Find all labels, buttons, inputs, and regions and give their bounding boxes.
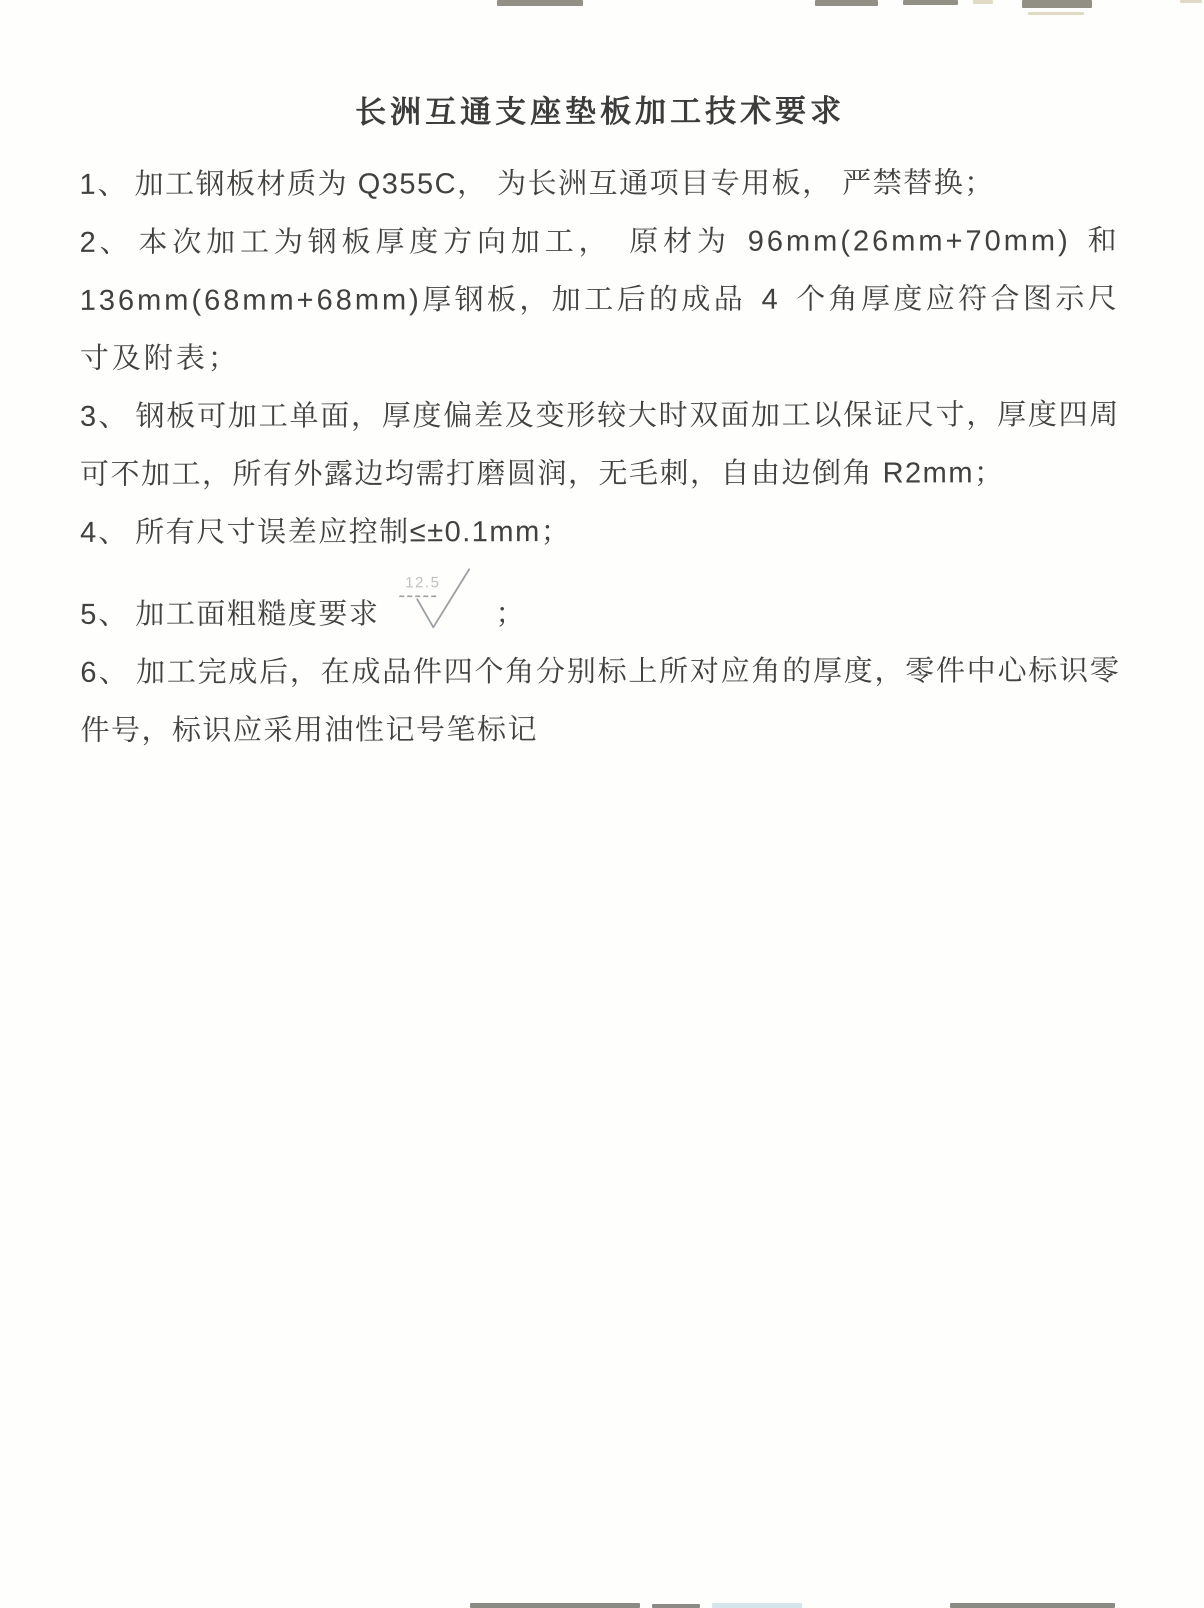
item-number: 3、 [80, 401, 130, 433]
requirement-item-1: 1、加工钢板材质为 Q355C， 为长洲互通项目专用板， 严禁替换； [79, 154, 1119, 214]
requirement-item-3: 3、钢板可加工单面，厚度偏差及变形较大时双面加工以保证尺寸，厚度四周可不加工，所… [80, 386, 1120, 504]
item-text: 加工面粗糙度要求 [135, 598, 379, 630]
scan-artifact [470, 1603, 640, 1608]
item-number: 2、 [80, 227, 133, 259]
scan-artifact [712, 1603, 802, 1608]
item-number: 4、 [80, 517, 129, 549]
surface-roughness-symbol: 12.5 [393, 593, 489, 623]
item-text: 加工钢板材质为 Q355C， 为长洲互通项目专用板， 严禁替换； [135, 167, 995, 201]
item-text: 钢板可加工单面，厚度偏差及变形较大时双面加工以保证尺寸，厚度四周可不加工，所有外… [80, 399, 1120, 491]
item-number: 5、 [80, 599, 129, 631]
requirement-item-6: 6、加工完成后，在成品件四个角分别标上所对应角的厚度，零件中心标识零件号，标识应… [80, 642, 1120, 760]
item-text-after: ； [495, 598, 526, 630]
scanned-document-page: 长洲互通支座垫板加工技术要求 1、加工钢板材质为 Q355C， 为长洲互通项目专… [0, 0, 1204, 1608]
scan-artifact [652, 1604, 700, 1608]
item-text: 所有尺寸误差应控制≤±0.1mm； [135, 516, 571, 549]
roughness-value-label: 12.5 [405, 574, 440, 591]
requirement-item-4: 4、所有尺寸误差应控制≤±0.1mm； [80, 502, 1120, 562]
requirement-item-5: 5、加工面粗糙度要求 12.5 ； [80, 584, 1120, 644]
requirement-item-2: 2、本次加工为钢板厚度方向加工， 原材为 96mm(26mm+70mm) 和 1… [80, 212, 1120, 388]
scan-artifact [950, 1603, 1115, 1608]
scan-artifact [1180, 0, 1202, 3]
item-number: 1、 [79, 169, 128, 201]
item-number: 6、 [80, 657, 130, 689]
item-text: 加工完成后，在成品件四个角分别标上所对应角的厚度，零件中心标识零件号，标识应采用… [80, 655, 1120, 747]
document-body: 1、加工钢板材质为 Q355C， 为长洲互通项目专用板， 严禁替换； 2、本次加… [79, 154, 1120, 760]
document-title: 长洲互通支座垫板加工技术要求 [80, 0, 1120, 156]
item-text: 本次加工为钢板厚度方向加工， 原材为 96mm(26mm+70mm) 和 136… [80, 225, 1120, 375]
